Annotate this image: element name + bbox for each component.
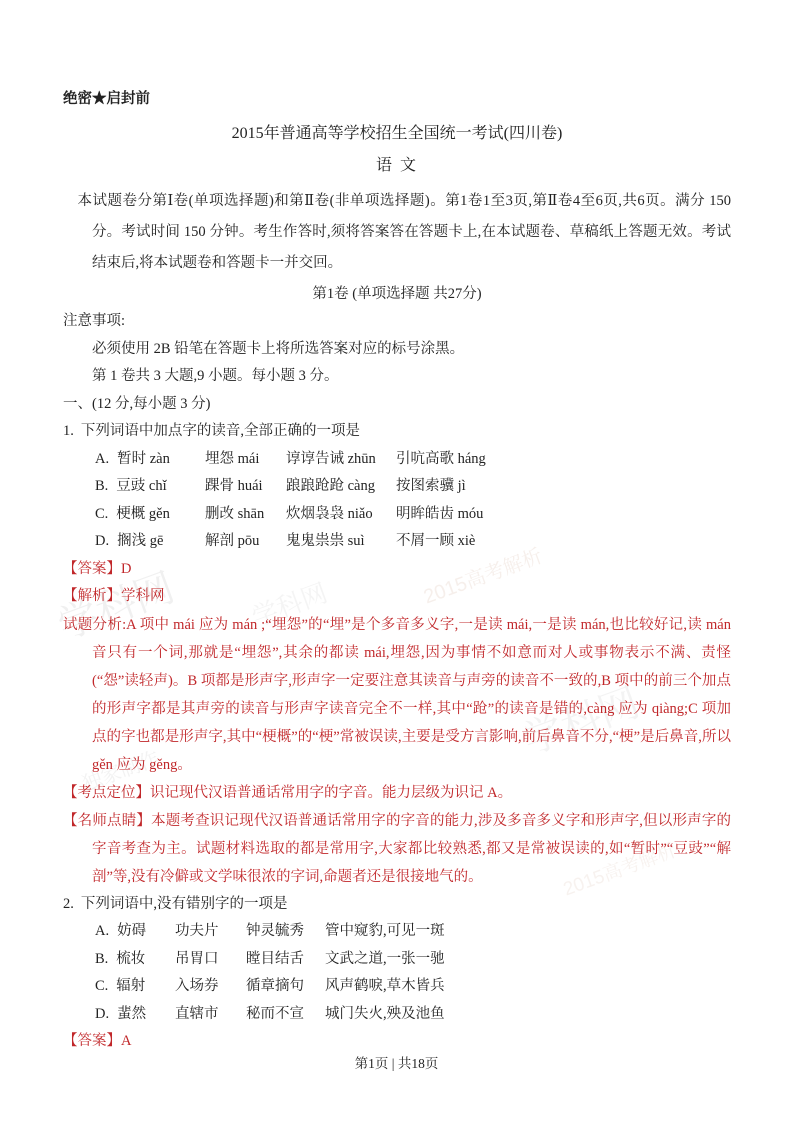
teacher-tip-text: 本题考查识记现代汉语普通话常用字的字音的能力,涉及多音多义字和形声字,但以形声字… xyxy=(92,813,731,885)
question-1-answer: 【答案】D xyxy=(63,556,731,584)
option-word: 城门失火,殃及池鱼 xyxy=(325,1001,731,1029)
answer-value: D xyxy=(121,561,131,577)
brand-text: 学科网 xyxy=(121,588,165,604)
option-label: D. xyxy=(95,533,109,549)
answer-label: 【答案】 xyxy=(63,561,121,577)
notice-item-2: 第 1 卷共 3 大题,9 小题。每小题 3 分。 xyxy=(63,363,731,391)
option-word: 钟灵毓秀 xyxy=(246,918,325,946)
option-label: B. xyxy=(95,478,108,494)
option-word: 梗概 gěn xyxy=(116,506,170,522)
option-word: 直辖市 xyxy=(175,1001,246,1029)
part-one-header: 一、(12 分,每小题 3 分) xyxy=(63,391,731,419)
option-word: 踝骨 huái xyxy=(205,473,286,501)
option-word: 管中窥豹,可见一斑 xyxy=(325,918,731,946)
question-2-option-a: A.妨碍 功夫片 钟灵毓秀 管中窥豹,可见一斑 xyxy=(95,918,731,946)
option-word: 炊烟袅袅 niǎo xyxy=(286,501,396,529)
question-number: 1. xyxy=(63,423,74,439)
option-label: C. xyxy=(95,978,108,994)
question-stem-text: 下列词语中,没有错别字的一项是 xyxy=(81,896,288,912)
subject-title: 语 文 xyxy=(63,153,731,179)
question-1-analysis: 试题分析:A 项中 mái 应为 mán ;“埋怨”的“埋”是个多音多义字,一是… xyxy=(63,611,731,779)
option-word: 明眸皓齿 móu xyxy=(396,501,731,529)
option-word: 鬼鬼祟祟 suì xyxy=(286,528,396,556)
option-word: 埋怨 mái xyxy=(205,446,286,474)
option-word: 引吭高歌 háng xyxy=(396,446,731,474)
option-word: 辐射 xyxy=(116,978,145,994)
option-label: A. xyxy=(95,923,109,939)
notice-item-1: 必须使用 2B 铅笔在答题卡上将所选答案对应的标号涂黑。 xyxy=(63,336,731,364)
exam-point-label: 【考点定位】 xyxy=(63,785,150,801)
question-2-stem: 2.下列词语中,没有错别字的一项是 xyxy=(63,891,731,919)
option-word: 按图索骥 jì xyxy=(396,473,731,501)
question-stem-text: 下列词语中加点字的读音,全部正确的一项是 xyxy=(81,423,360,439)
analysis-label: 【解析】 xyxy=(63,588,121,604)
question-1-teacher-tip: 【名师点睛】本题考查识记现代汉语普通话常用字的字音的能力,涉及多音多义字和形声字… xyxy=(63,807,731,891)
exam-document-page: 学科网 2015高考解析 学科网 独家制作 2015高考解析 学科网 绝密★启封… xyxy=(0,0,793,1122)
question-2-option-c: C.辐射 入场券 循章摘句 风声鹤唳,草木皆兵 xyxy=(95,973,731,1001)
question-2-option-b: B.梳妆 吊胃口 瞠目结舌 文武之道,一张一驰 xyxy=(95,946,731,974)
option-word: 瞠目结舌 xyxy=(246,946,325,974)
question-1-option-c: C.梗概 gěn 删改 shān 炊烟袅袅 niǎo 明眸皓齿 móu xyxy=(95,501,731,529)
option-word: 不屑一顾 xiè xyxy=(396,528,731,556)
exam-instructions: 本试题卷分第Ⅰ卷(单项选择题)和第Ⅱ卷(非单项选择题)。第1卷1至3页,第Ⅱ卷4… xyxy=(63,186,731,279)
section-one-header: 第1卷 (单项选择题 共27分) xyxy=(63,281,731,309)
option-label: D. xyxy=(95,1006,109,1022)
option-word: 风声鹤唳,草木皆兵 xyxy=(325,973,731,1001)
option-word: 循章摘句 xyxy=(246,973,325,1001)
question-1-option-b: B.豆豉 chǐ 踝骨 huái 踉踉跄跄 càng 按图索骥 jì xyxy=(95,473,731,501)
option-word: 搁浅 gē xyxy=(117,533,163,549)
page-footer: 第1页 | 共18页 xyxy=(0,1052,793,1072)
option-word: 梳妆 xyxy=(116,951,145,967)
exam-point-text: 识记现代汉语普通话常用字的字音。能力层级为识记 A。 xyxy=(150,785,512,801)
notice-title: 注意事项: xyxy=(63,308,731,336)
question-number: 2. xyxy=(63,896,74,912)
option-word: 文武之道,一张一驰 xyxy=(325,946,731,974)
option-word: 入场券 xyxy=(175,973,246,1001)
option-word: 蜚然 xyxy=(117,1006,146,1022)
exam-title: 2015年普通高等学校招生全国统一考试(四川卷) xyxy=(63,121,731,147)
classification-banner: 绝密★启封前 xyxy=(63,86,731,114)
answer-value: A xyxy=(121,1033,131,1049)
option-label: C. xyxy=(95,506,108,522)
option-word: 功夫片 xyxy=(175,918,246,946)
option-word: 删改 shān xyxy=(205,501,286,529)
question-2-option-d: D.蜚然 直辖市 秘而不宣 城门失火,殃及池鱼 xyxy=(95,1001,731,1029)
option-word: 秘而不宣 xyxy=(246,1001,325,1029)
option-word: 暂时 zàn xyxy=(117,451,170,467)
question-1-stem: 1.下列词语中加点字的读音,全部正确的一项是 xyxy=(63,418,731,446)
question-1-option-d: D.搁浅 gē 解剖 pōu 鬼鬼祟祟 suì 不屑一顾 xiè xyxy=(95,528,731,556)
option-word: 吊胃口 xyxy=(175,946,246,974)
question-1-analysis-header: 【解析】学科网 xyxy=(63,583,731,611)
option-word: 解剖 pōu xyxy=(205,528,286,556)
option-word: 踉踉跄跄 càng xyxy=(286,473,396,501)
option-label: B. xyxy=(95,951,108,967)
option-label: A. xyxy=(95,451,109,467)
document-content: 绝密★启封前 2015年普通高等学校招生全国统一考试(四川卷) 语 文 本试题卷… xyxy=(0,0,793,1056)
question-1-option-a: A.暂时 zàn 埋怨 mái 谆谆告诫 zhūn 引吭高歌 háng xyxy=(95,446,731,474)
teacher-tip-label: 【名师点睛】 xyxy=(63,813,151,829)
option-word: 谆谆告诫 zhūn xyxy=(286,446,396,474)
answer-label: 【答案】 xyxy=(63,1033,121,1049)
option-word: 妨碍 xyxy=(117,923,146,939)
question-1-exam-point: 【考点定位】识记现代汉语普通话常用字的字音。能力层级为识记 A。 xyxy=(63,779,731,807)
option-word: 豆豉 chǐ xyxy=(116,478,166,494)
